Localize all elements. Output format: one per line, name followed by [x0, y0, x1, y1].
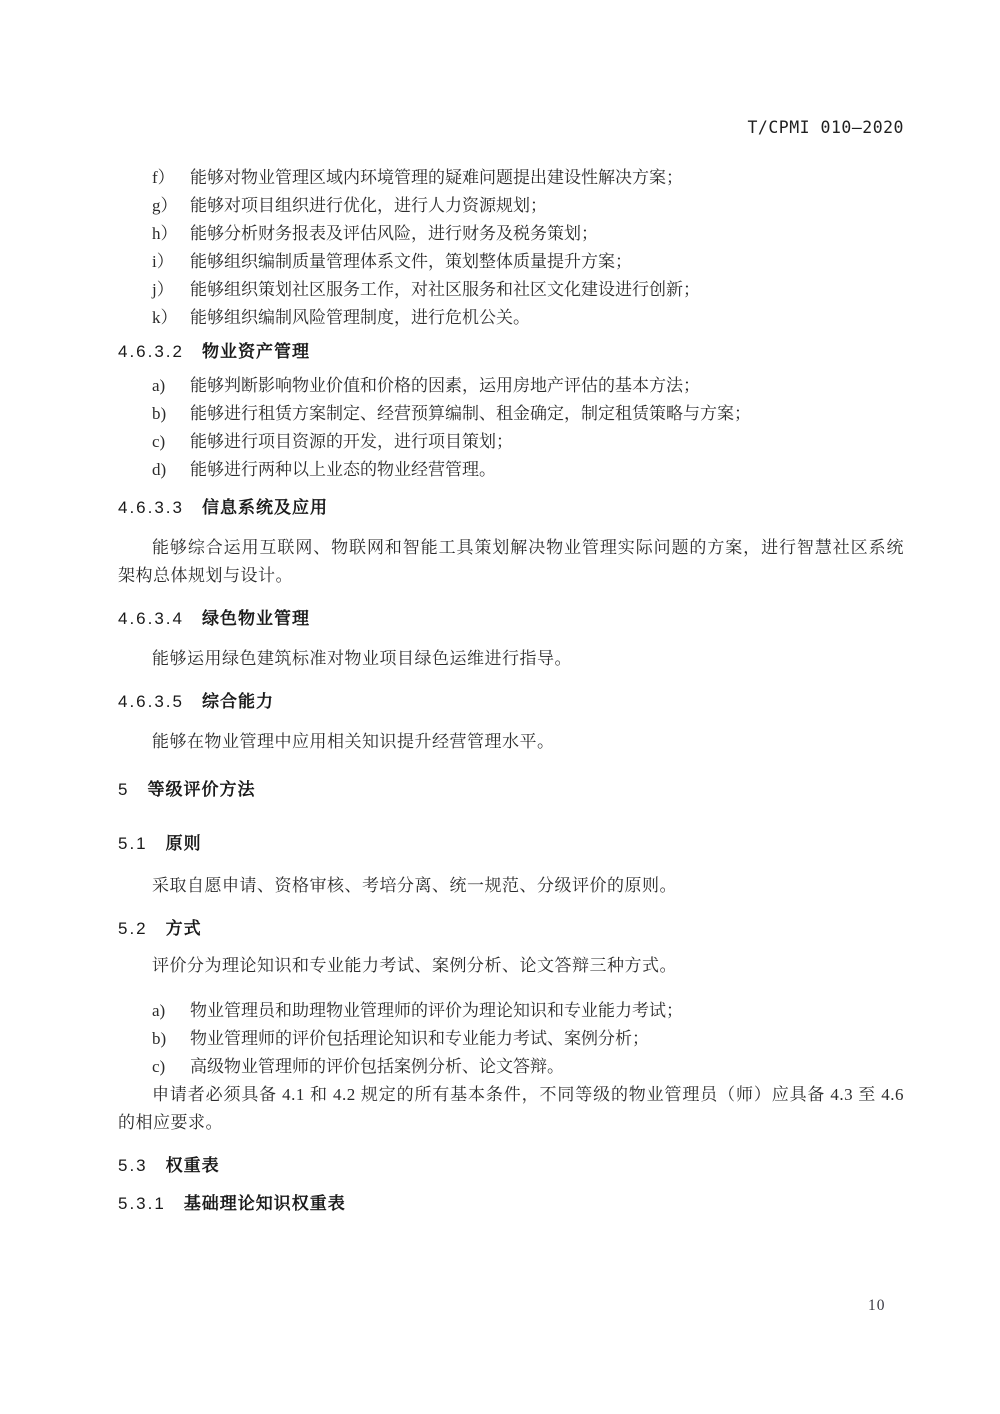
item-text: 能够组织策划社区服务工作，对社区服务和社区文化建设进行创新；	[190, 276, 904, 304]
item-label: b)	[152, 1025, 190, 1053]
item-text: 能够判断影响物业价值和价格的因素，运用房地产评估的基本方法；	[190, 372, 904, 400]
item-text: 能够组织编制风险管理制度，进行危机公关。	[190, 304, 904, 332]
page-content: T/CPMI 010—2020 f） 能够对物业管理区域内环境管理的疑难问题提出…	[118, 0, 904, 1216]
item-text: 能够进行项目资源的开发，进行项目策划；	[190, 428, 904, 456]
item-label: a)	[152, 372, 190, 400]
capability-list-a-to-d: a) 能够判断影响物业价值和价格的因素，运用房地产评估的基本方法； b) 能够进…	[118, 372, 904, 484]
doc-code-header: T/CPMI 010—2020	[118, 118, 904, 138]
list-item: h） 能够分析财务报表及评估风险，进行财务及税务策划；	[118, 220, 904, 248]
heading-title: 方式	[166, 919, 202, 938]
heading-number: 4.6.3.2	[118, 342, 184, 361]
section-heading-5-1: 5.1原则	[118, 832, 904, 856]
item-text: 能够对项目组织进行优化，进行人力资源规划；	[190, 192, 904, 220]
item-text: 能够对物业管理区域内环境管理的疑难问题提出建设性解决方案；	[190, 164, 904, 192]
item-label: g）	[152, 192, 190, 220]
list-item: a) 物业管理员和助理物业管理师的评价为理论知识和专业能力考试；	[118, 997, 904, 1025]
paragraph: 能够在物业管理中应用相关知识提升经营管理水平。	[118, 728, 904, 756]
paragraph: 采取自愿申请、资格审核、考培分离、统一规范、分级评价的原则。	[118, 872, 904, 900]
list-item: g） 能够对项目组织进行优化，进行人力资源规划；	[118, 192, 904, 220]
section-heading-4-6-3-4: 4.6.3.4绿色物业管理	[118, 607, 904, 631]
list-item: c) 高级物业管理师的评价包括案例分析、论文答辩。	[118, 1053, 904, 1081]
item-label: k）	[152, 304, 190, 332]
list-item: k） 能够组织编制风险管理制度，进行危机公关。	[118, 304, 904, 332]
section-heading-4-6-3-5: 4.6.3.5综合能力	[118, 690, 904, 714]
paragraph: 能够运用绿色建筑标准对物业项目绿色运维进行指导。	[118, 645, 904, 673]
heading-number: 4.6.3.3	[118, 498, 184, 517]
heading-title: 权重表	[166, 1156, 220, 1175]
item-label: d)	[152, 456, 190, 484]
list-item: f） 能够对物业管理区域内环境管理的疑难问题提出建设性解决方案；	[118, 164, 904, 192]
list-item: a) 能够判断影响物业价值和价格的因素，运用房地产评估的基本方法；	[118, 372, 904, 400]
heading-title: 绿色物业管理	[202, 609, 310, 628]
item-text: 能够进行两种以上业态的物业经营管理。	[190, 456, 904, 484]
list-item: b) 能够进行租赁方案制定、经营预算编制、租金确定，制定租赁策略与方案；	[118, 400, 904, 428]
list-item: c) 能够进行项目资源的开发，进行项目策划；	[118, 428, 904, 456]
heading-title: 原则	[166, 834, 202, 853]
heading-number: 4.6.3.5	[118, 692, 184, 711]
paragraph: 申请者必须具备 4.1 和 4.2 规定的所有基本条件，不同等级的物业管理员（师…	[118, 1081, 904, 1137]
list-item: j） 能够组织策划社区服务工作，对社区服务和社区文化建设进行创新；	[118, 276, 904, 304]
item-label: a)	[152, 997, 190, 1025]
heading-title: 等级评价方法	[147, 780, 255, 799]
section-heading-5-2: 5.2方式	[118, 917, 904, 941]
heading-number: 5.2	[118, 919, 148, 938]
item-label: b)	[152, 400, 190, 428]
item-text: 能够进行租赁方案制定、经营预算编制、租金确定，制定租赁策略与方案；	[190, 400, 904, 428]
heading-number: 5.3	[118, 1156, 148, 1175]
item-text: 能够组织编制质量管理体系文件，策划整体质量提升方案；	[190, 248, 904, 276]
item-text: 高级物业管理师的评价包括案例分析、论文答辩。	[190, 1053, 904, 1081]
page-number: 10	[868, 1297, 886, 1315]
item-label: c)	[152, 428, 190, 456]
capability-list-f-to-k: f） 能够对物业管理区域内环境管理的疑难问题提出建设性解决方案； g） 能够对项…	[118, 164, 904, 332]
item-text: 能够分析财务报表及评估风险，进行财务及税务策划；	[190, 220, 904, 248]
list-item: d) 能够进行两种以上业态的物业经营管理。	[118, 456, 904, 484]
heading-number: 5.3.1	[118, 1194, 166, 1213]
heading-number: 5.1	[118, 834, 148, 853]
list-item: b) 物业管理师的评价包括理论知识和专业能力考试、案例分析；	[118, 1025, 904, 1053]
heading-title: 基础理论知识权重表	[184, 1194, 346, 1213]
section-heading-4-6-3-3: 4.6.3.3信息系统及应用	[118, 496, 904, 520]
heading-title: 综合能力	[202, 692, 274, 711]
section-heading-5: 5等级评价方法	[118, 778, 904, 802]
section-heading-5-3: 5.3权重表	[118, 1154, 904, 1178]
heading-title: 信息系统及应用	[202, 498, 328, 517]
item-label: c)	[152, 1053, 190, 1081]
document-page: T/CPMI 010—2020 f） 能够对物业管理区域内环境管理的疑难问题提出…	[0, 0, 1000, 1414]
item-text: 物业管理员和助理物业管理师的评价为理论知识和专业能力考试；	[190, 997, 904, 1025]
heading-number: 5	[118, 780, 129, 799]
paragraph: 评价分为理论知识和专业能力考试、案例分析、论文答辩三种方式。	[118, 952, 904, 980]
item-text: 物业管理师的评价包括理论知识和专业能力考试、案例分析；	[190, 1025, 904, 1053]
evaluation-list-a-to-c: a) 物业管理员和助理物业管理师的评价为理论知识和专业能力考试； b) 物业管理…	[118, 997, 904, 1081]
section-heading-4-6-3-2: 4.6.3.2物业资产管理	[118, 340, 904, 364]
item-label: i）	[152, 248, 190, 276]
item-label: f）	[152, 164, 190, 192]
section-heading-5-3-1: 5.3.1基础理论知识权重表	[118, 1192, 904, 1216]
item-label: j）	[152, 276, 190, 304]
paragraph: 能够综合运用互联网、物联网和智能工具策划解决物业管理实际问题的方案，进行智慧社区…	[118, 534, 904, 590]
item-label: h）	[152, 220, 190, 248]
list-item: i） 能够组织编制质量管理体系文件，策划整体质量提升方案；	[118, 248, 904, 276]
heading-title: 物业资产管理	[202, 342, 310, 361]
heading-number: 4.6.3.4	[118, 609, 184, 628]
